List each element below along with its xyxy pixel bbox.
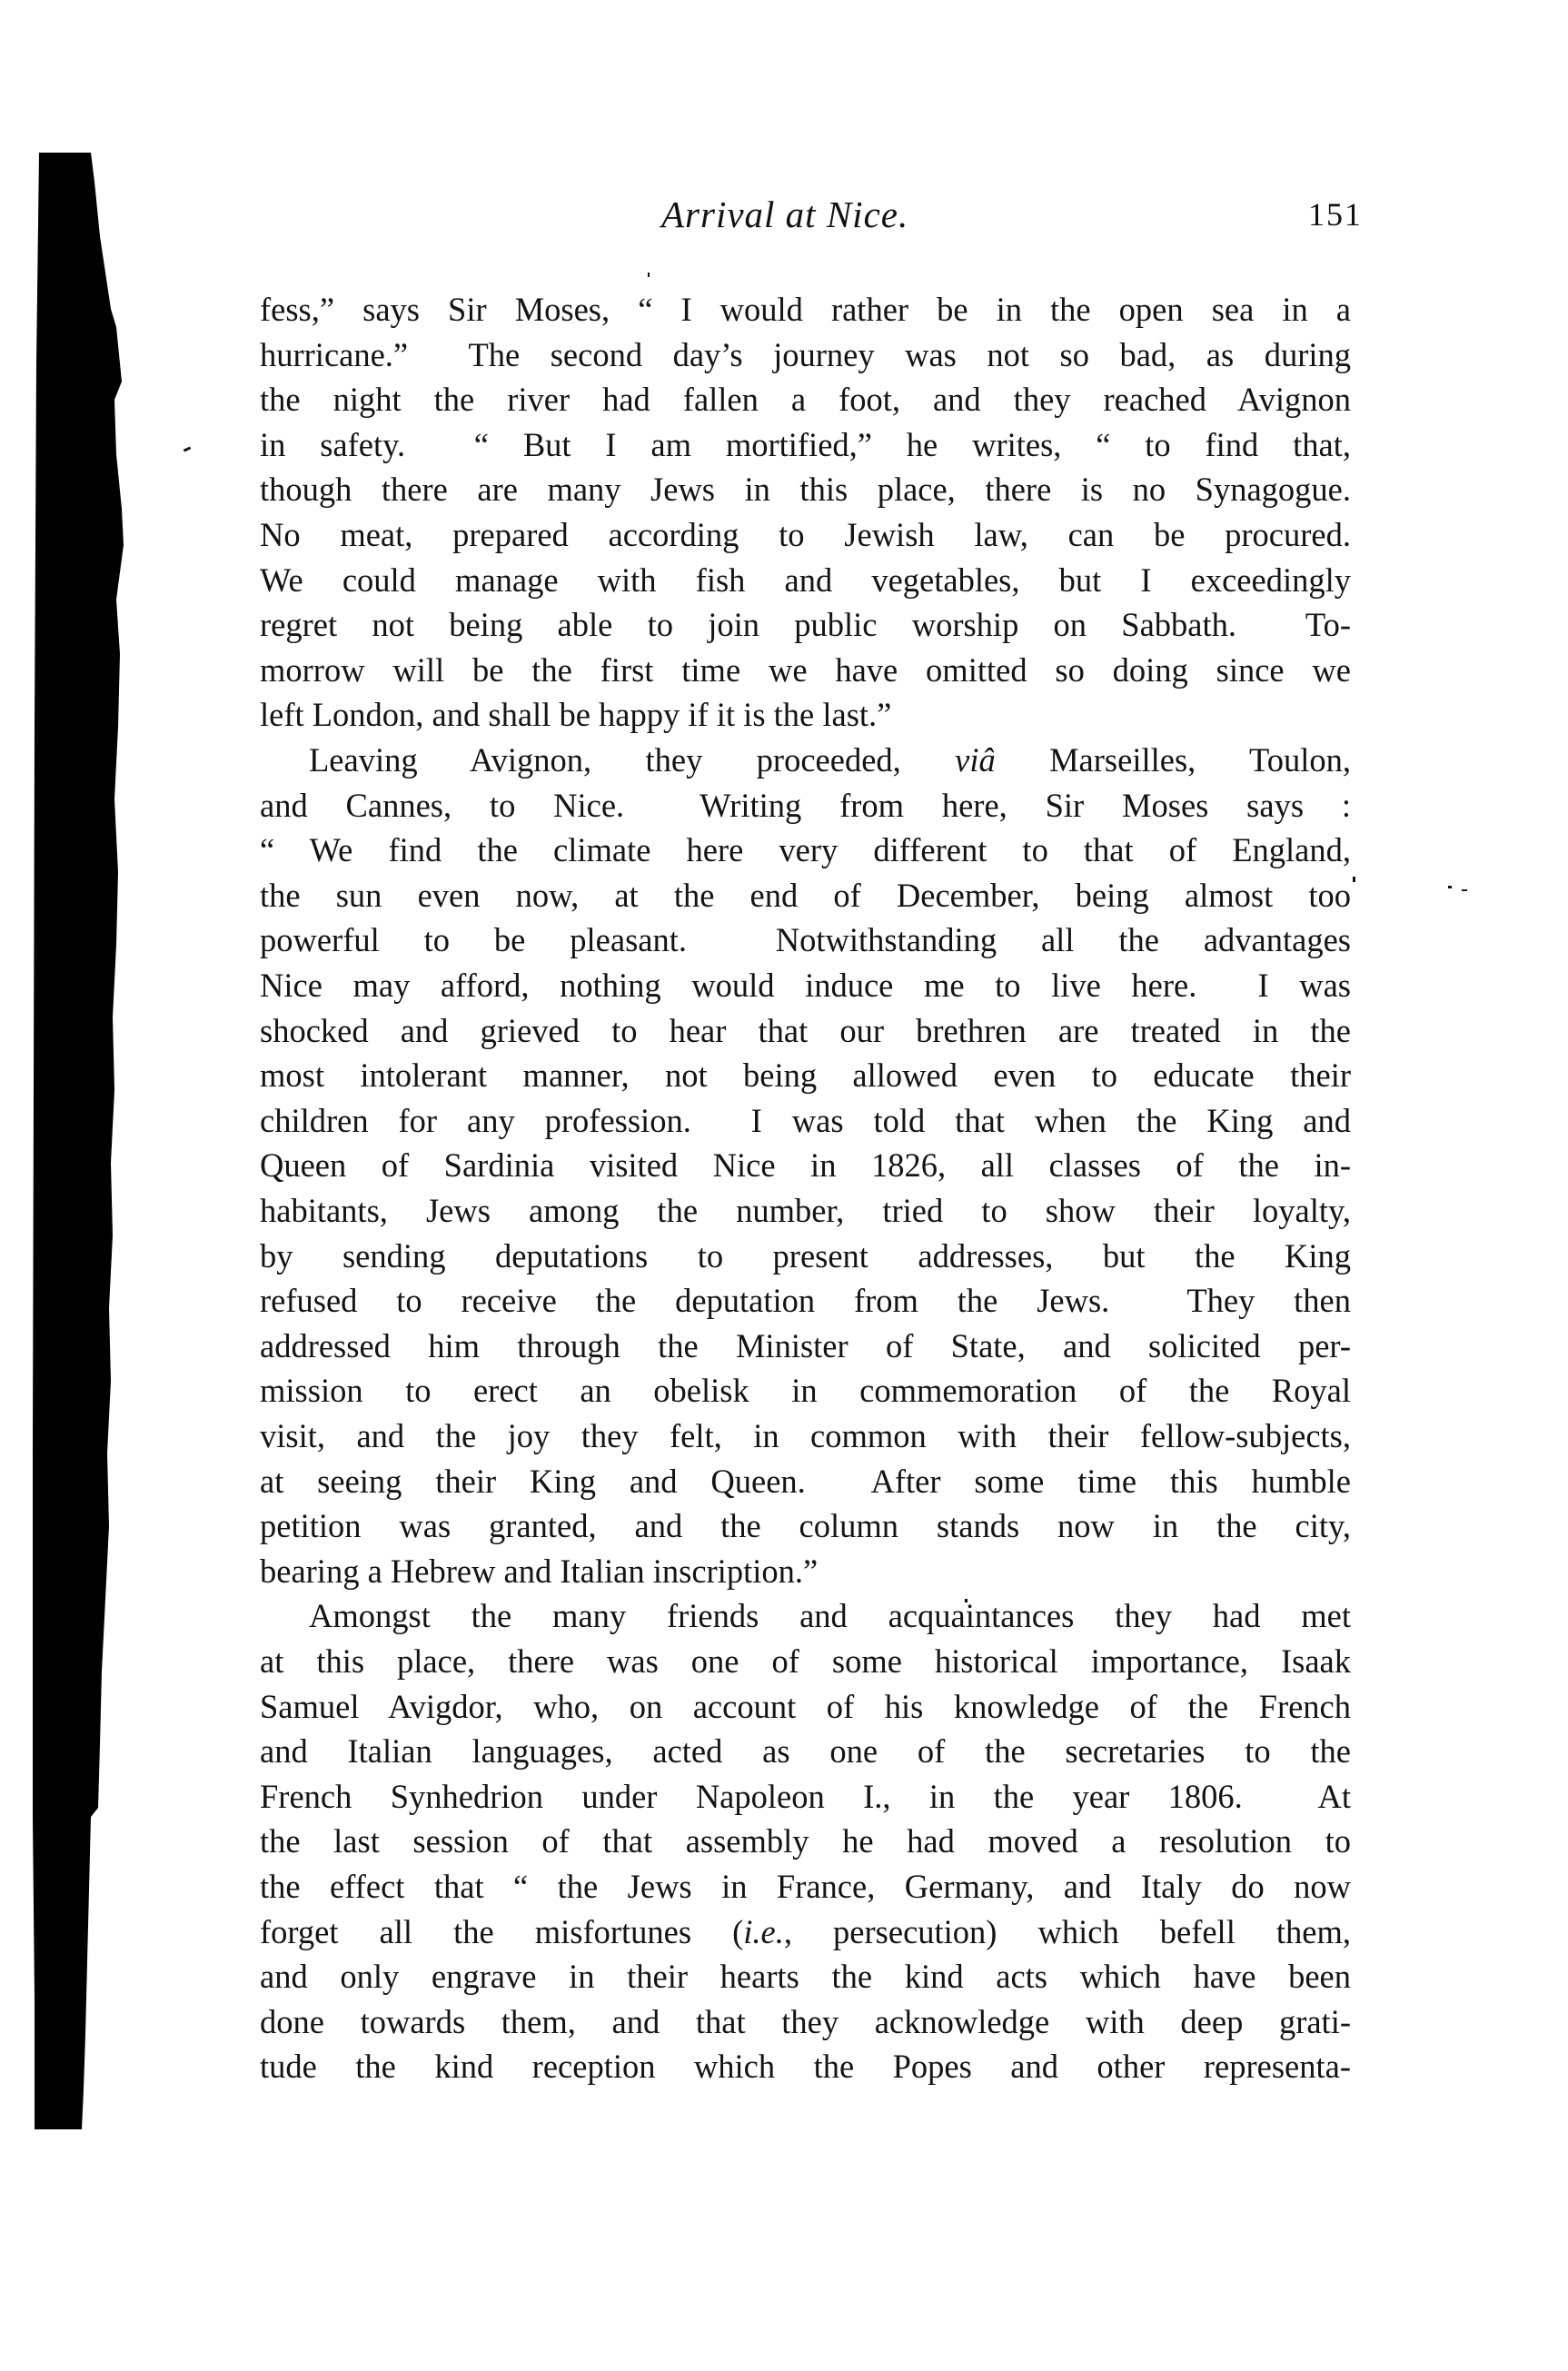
- text-line: the last session of that assembly he had…: [260, 1819, 1351, 1864]
- scan-speck: [1448, 886, 1452, 888]
- text-line: the night the river had fallen a foot, a…: [260, 377, 1351, 422]
- text-line: hurricane.” The second day’s journey was…: [260, 332, 1351, 378]
- text-segment: Marseilles, Toulon,: [996, 741, 1351, 779]
- text-segment: , persecution) which befell them,: [784, 1913, 1351, 1950]
- text-line: addressed him through the Minister of St…: [260, 1324, 1351, 1369]
- text-line: Queen of Sardinia visited Nice in 1826, …: [260, 1143, 1351, 1188]
- text-line: refused to receive the deputation from t…: [260, 1278, 1351, 1324]
- running-head: Arrival at Nice. 151: [260, 194, 1363, 234]
- chapter-running-title: Arrival at Nice.: [661, 194, 908, 234]
- text-line: No meat, prepared according to Jewish la…: [260, 512, 1351, 558]
- text-line: and only engrave in their hearts the kin…: [260, 1954, 1351, 1999]
- text-line: and Cannes, to Nice. Writing from here, …: [260, 783, 1351, 828]
- text-line: Amongst the many friends and acquaintanc…: [309, 1593, 1351, 1639]
- text-line: Samuel Avigdor, who, on account of his k…: [260, 1684, 1351, 1730]
- text-line: at seeing their King and Queen. After so…: [260, 1459, 1351, 1504]
- text-line: “ We find the climate here very differen…: [260, 828, 1351, 873]
- text-line: though there are many Jews in this place…: [260, 467, 1351, 512]
- text-line: mission to erect an obelisk in commemora…: [260, 1368, 1351, 1414]
- text-line: forget all the misfortunes (i.e., persec…: [260, 1910, 1351, 1955]
- text-line: the sun even now, at the end of December…: [260, 873, 1351, 918]
- text-line: left London, and shall be happy if it is…: [260, 692, 1351, 738]
- scan-speck: [1462, 889, 1467, 891]
- text-line: in safety. “ But I am mortified,” he wri…: [260, 422, 1351, 468]
- scan-speck: [1353, 877, 1355, 882]
- text-line: powerful to be pleasant. Notwithstanding…: [260, 918, 1351, 963]
- text-line: done towards them, and that they acknowl…: [260, 1999, 1351, 2045]
- book-page: Arrival at Nice. 151 fess,” says Sir Mos…: [0, 0, 1568, 2371]
- text-line: fess,” says Sir Moses, “ I would rather …: [260, 287, 1351, 332]
- text-line: habitants, Jews among the number, tried …: [260, 1188, 1351, 1234]
- text-segment: forget all the misfortunes (: [260, 1913, 743, 1950]
- text-line: tude the kind reception which the Popes …: [260, 2044, 1351, 2089]
- text-line: and Italian languages, acted as one of t…: [260, 1729, 1351, 1774]
- italic-term: i.e.: [743, 1913, 784, 1950]
- text-line: the effect that “ the Jews in France, Ge…: [260, 1864, 1351, 1910]
- text-segment: Leaving Avignon, they proceeded,: [309, 741, 955, 779]
- text-line: petition was granted, and the column sta…: [260, 1503, 1351, 1549]
- text-line: regret not being able to join public wor…: [260, 602, 1351, 648]
- text-line: Leaving Avignon, they proceeded, viâ Mar…: [309, 738, 1351, 783]
- text-line: at this place, there was one of some his…: [260, 1639, 1351, 1684]
- text-line: children for any profession. I was told …: [260, 1098, 1351, 1144]
- italic-term: viâ: [955, 741, 996, 779]
- text-line: morrow will be the first time we have om…: [260, 648, 1351, 693]
- text-line: shocked and grieved to hear that our bre…: [260, 1008, 1351, 1054]
- text-line: by sending deputations to present addres…: [260, 1234, 1351, 1279]
- scan-speck: [648, 273, 650, 277]
- scan-speck: [965, 1599, 968, 1602]
- text-line: Nice may afford, nothing would induce me…: [260, 963, 1351, 1008]
- text-line: most intolerant manner, not being allowe…: [260, 1053, 1351, 1098]
- scan-speck: [184, 446, 192, 451]
- text-line: French Synhedrion under Napoleon I., in …: [260, 1774, 1351, 1820]
- text-line: bearing a Hebrew and Italian inscription…: [260, 1549, 1351, 1594]
- text-line: We could manage with fish and vegetables…: [260, 558, 1351, 603]
- text-line: visit, and the joy they felt, in common …: [260, 1414, 1351, 1459]
- page-number: 151: [1308, 194, 1363, 234]
- scan-binding-shadow: [0, 0, 145, 2371]
